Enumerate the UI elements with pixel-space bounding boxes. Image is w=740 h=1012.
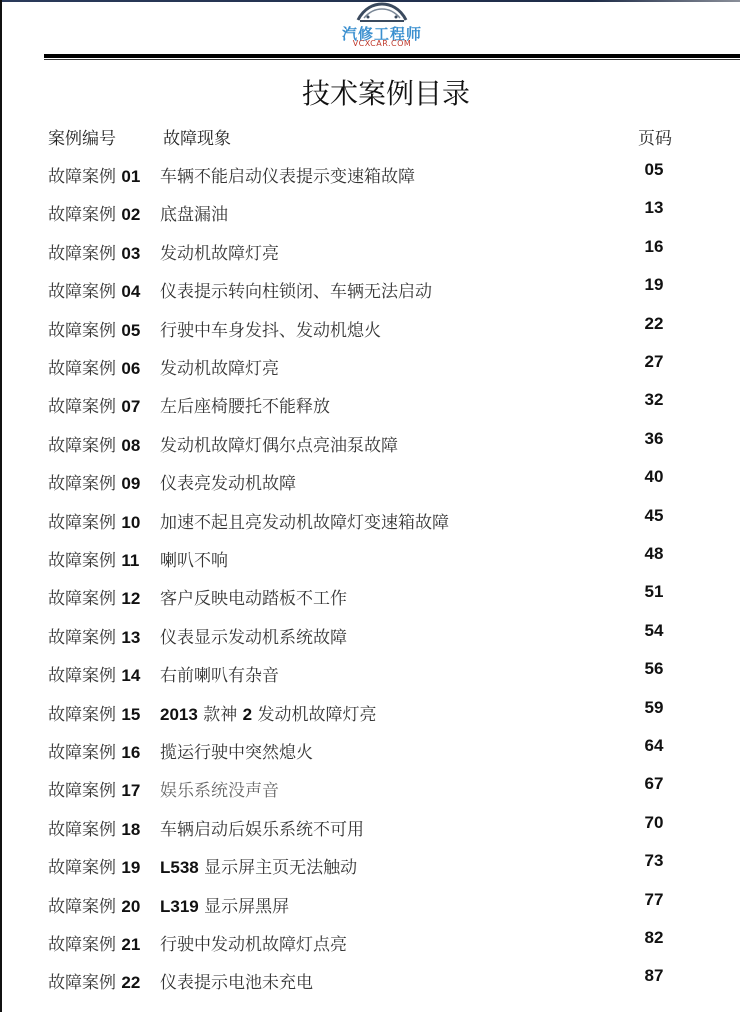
case-symptom: 娱乐系统没声音 xyxy=(160,776,279,801)
desc-text: 行驶中发动机故障灯点亮 xyxy=(160,935,347,955)
desc-bold: 2 xyxy=(243,705,252,724)
case-prefix: 故障案例 xyxy=(48,897,116,917)
case-number: 02 xyxy=(121,205,140,224)
case-number: 06 xyxy=(121,359,140,378)
page-number: 51 xyxy=(630,582,678,602)
page-number: 27 xyxy=(630,352,678,372)
case-number: 17 xyxy=(121,781,140,800)
case-prefix: 故障案例 xyxy=(48,359,116,379)
case-prefix: 故障案例 xyxy=(48,205,116,225)
desc-text: 仪表提示转向柱锁闭、车辆无法启动 xyxy=(160,282,432,302)
desc-text: 娱乐系统没声音 xyxy=(160,781,279,801)
case-prefix: 故障案例 xyxy=(48,474,116,494)
toc-entry[interactable]: 故障案例 13仪表显示发动机系统故障54 xyxy=(0,623,740,653)
case-prefix: 故障案例 xyxy=(48,935,116,955)
toc-entry[interactable]: 故障案例 11喇叭不响48 xyxy=(0,546,740,576)
case-number: 08 xyxy=(121,436,140,455)
page-number: 32 xyxy=(630,390,678,410)
toc-entry[interactable]: 故障案例 17娱乐系统没声音67 xyxy=(0,776,740,806)
toc-entry[interactable]: 故障案例 06发动机故障灯亮27 xyxy=(0,354,740,384)
case-number: 14 xyxy=(121,666,140,685)
toc-entry[interactable]: 故障案例 152013 款神 2 发动机故障灯亮59 xyxy=(0,700,740,730)
toc-entry[interactable]: 故障案例 12客户反映电动踏板不工作51 xyxy=(0,584,740,614)
desc-text: 车辆启动后娱乐系统不可用 xyxy=(160,820,364,840)
case-number: 16 xyxy=(121,743,140,762)
case-symptom: 加速不起且亮发动机故障灯变速箱故障 xyxy=(160,508,449,533)
header-rule-thick xyxy=(44,54,740,58)
toc-entry[interactable]: 故障案例 03发动机故障灯亮16 xyxy=(0,239,740,269)
case-id: 故障案例 05 xyxy=(48,316,140,341)
case-symptom: 发动机故障灯偶尔点亮油泵故障 xyxy=(160,431,398,456)
page-number: 87 xyxy=(630,966,678,986)
case-symptom: 揽运行驶中突然熄火 xyxy=(160,738,313,763)
toc-entry[interactable]: 故障案例 22仪表提示电池未充电87 xyxy=(0,968,740,998)
desc-text: 仪表显示发动机系统故障 xyxy=(160,628,347,648)
page-number: 82 xyxy=(630,928,678,948)
case-symptom: 行驶中发动机故障灯点亮 xyxy=(160,930,347,955)
column-header-symptom: 故障现象 xyxy=(163,124,231,149)
page-number: 70 xyxy=(630,813,678,833)
case-id: 故障案例 06 xyxy=(48,354,140,379)
case-prefix: 故障案例 xyxy=(48,436,116,456)
case-symptom: 喇叭不响 xyxy=(160,546,228,571)
case-symptom: 仪表提示电池未充电 xyxy=(160,968,313,993)
case-id: 故障案例 08 xyxy=(48,431,140,456)
case-id: 故障案例 12 xyxy=(48,584,140,609)
desc-text: 客户反映电动踏板不工作 xyxy=(160,589,347,609)
case-prefix: 故障案例 xyxy=(48,513,116,533)
logo-domain-text: VCXCAR.COM xyxy=(334,39,430,48)
case-symptom: L319 显示屏黑屏 xyxy=(160,892,289,917)
case-symptom: 仪表显示发动机系统故障 xyxy=(160,623,347,648)
case-symptom: 底盘漏油 xyxy=(160,200,228,225)
case-id: 故障案例 02 xyxy=(48,200,140,225)
case-prefix: 故障案例 xyxy=(48,321,116,341)
case-number: 04 xyxy=(121,282,140,301)
toc-entry[interactable]: 故障案例 14右前喇叭有杂音56 xyxy=(0,661,740,691)
case-number: 21 xyxy=(121,935,140,954)
case-number: 12 xyxy=(121,589,140,608)
column-header-page: 页码 xyxy=(638,124,672,149)
page-number: 45 xyxy=(630,506,678,526)
desc-text: 仪表亮发动机故障 xyxy=(160,474,296,494)
case-prefix: 故障案例 xyxy=(48,397,116,417)
desc-text: 行驶中车身发抖、发动机熄火 xyxy=(160,321,381,341)
desc-text: 车辆不能启动仪表提示变速箱故障 xyxy=(160,167,415,187)
page-number: 59 xyxy=(630,698,678,718)
toc-entry[interactable]: 故障案例 08发动机故障灯偶尔点亮油泵故障36 xyxy=(0,431,740,461)
case-id: 故障案例 19 xyxy=(48,853,140,878)
case-prefix: 故障案例 xyxy=(48,743,116,763)
case-number: 07 xyxy=(121,397,140,416)
case-prefix: 故障案例 xyxy=(48,973,116,993)
case-id: 故障案例 09 xyxy=(48,469,140,494)
case-symptom: L538 显示屏主页无法触动 xyxy=(160,853,357,878)
page-number: 54 xyxy=(630,621,678,641)
case-id: 故障案例 11 xyxy=(48,546,139,571)
desc-bold: L319 xyxy=(160,897,199,916)
brand-logo: 汽修工程师 VCXCAR.COM xyxy=(334,2,430,50)
toc-entry[interactable]: 故障案例 10加速不起且亮发动机故障灯变速箱故障45 xyxy=(0,508,740,538)
desc-text: 发动机故障灯偶尔点亮油泵故障 xyxy=(160,436,398,456)
case-id: 故障案例 03 xyxy=(48,239,140,264)
case-symptom: 车辆启动后娱乐系统不可用 xyxy=(160,815,364,840)
toc-entry[interactable]: 故障案例 01车辆不能启动仪表提示变速箱故障05 xyxy=(0,162,740,192)
case-id: 故障案例 17 xyxy=(48,776,140,801)
page-title: 技术案例目录 xyxy=(0,72,740,112)
case-id: 故障案例 10 xyxy=(48,508,140,533)
case-prefix: 故障案例 xyxy=(48,705,116,725)
desc-text: 揽运行驶中突然熄火 xyxy=(160,743,313,763)
case-number: 03 xyxy=(121,244,140,263)
case-symptom: 行驶中车身发抖、发动机熄火 xyxy=(160,316,381,341)
toc-entry[interactable]: 故障案例 18车辆启动后娱乐系统不可用70 xyxy=(0,815,740,845)
page-number: 77 xyxy=(630,890,678,910)
case-id: 故障案例 21 xyxy=(48,930,140,955)
case-number: 05 xyxy=(121,321,140,340)
case-number: 20 xyxy=(121,897,140,916)
case-id: 故障案例 14 xyxy=(48,661,140,686)
case-symptom: 车辆不能启动仪表提示变速箱故障 xyxy=(160,162,415,187)
case-symptom: 发动机故障灯亮 xyxy=(160,354,279,379)
page-number: 48 xyxy=(630,544,678,564)
case-id: 故障案例 16 xyxy=(48,738,140,763)
desc-text: 发动机故障灯亮 xyxy=(160,359,279,379)
page-number: 36 xyxy=(630,429,678,449)
page-number: 40 xyxy=(630,467,678,487)
page-number: 13 xyxy=(630,198,678,218)
page-number: 56 xyxy=(630,659,678,679)
desc-text: 显示屏主页无法触动 xyxy=(199,858,357,878)
page-number: 22 xyxy=(630,314,678,334)
toc-entry[interactable]: 故障案例 05行驶中车身发抖、发动机熄火22 xyxy=(0,316,740,346)
toc-entry[interactable]: 故障案例 19L538 显示屏主页无法触动73 xyxy=(0,853,740,883)
toc-entry[interactable]: 故障案例 02底盘漏油13 xyxy=(0,200,740,230)
page-number: 16 xyxy=(630,237,678,257)
page-number: 73 xyxy=(630,851,678,871)
case-number: 13 xyxy=(121,628,140,647)
desc-text: 右前喇叭有杂音 xyxy=(160,666,279,686)
case-number: 19 xyxy=(121,858,140,877)
case-id: 故障案例 15 xyxy=(48,700,140,725)
toc-entry[interactable]: 故障案例 04仪表提示转向柱锁闭、车辆无法启动19 xyxy=(0,277,740,307)
case-number: 01 xyxy=(121,167,140,186)
case-number: 18 xyxy=(121,820,140,839)
case-prefix: 故障案例 xyxy=(48,282,116,302)
case-prefix: 故障案例 xyxy=(48,628,116,648)
page-number: 67 xyxy=(630,774,678,794)
case-number: 11 xyxy=(121,551,139,570)
page-number: 05 xyxy=(630,160,678,180)
header-rule-thin xyxy=(44,59,740,60)
case-symptom: 仪表提示转向柱锁闭、车辆无法启动 xyxy=(160,277,432,302)
case-symptom: 仪表亮发动机故障 xyxy=(160,469,296,494)
case-symptom: 左后座椅腰托不能释放 xyxy=(160,392,330,417)
toc-entry[interactable]: 故障案例 20L319 显示屏黑屏77 xyxy=(0,892,740,922)
car-icon xyxy=(354,2,410,24)
case-symptom: 右前喇叭有杂音 xyxy=(160,661,279,686)
desc-text: 发动机故障灯亮 xyxy=(252,705,376,725)
toc-entry[interactable]: 故障案例 09仪表亮发动机故障40 xyxy=(0,469,740,499)
case-number: 10 xyxy=(121,513,140,532)
toc-entry[interactable]: 故障案例 07左后座椅腰托不能释放32 xyxy=(0,392,740,422)
toc-entry[interactable]: 故障案例 16揽运行驶中突然熄火64 xyxy=(0,738,740,768)
case-symptom: 发动机故障灯亮 xyxy=(160,239,279,264)
case-number: 09 xyxy=(121,474,140,493)
case-prefix: 故障案例 xyxy=(48,781,116,801)
case-symptom: 客户反映电动踏板不工作 xyxy=(160,584,347,609)
desc-text: 加速不起且亮发动机故障灯变速箱故障 xyxy=(160,513,449,533)
case-prefix: 故障案例 xyxy=(48,820,116,840)
desc-text: 左后座椅腰托不能释放 xyxy=(160,397,330,417)
case-id: 故障案例 04 xyxy=(48,277,140,302)
case-prefix: 故障案例 xyxy=(48,167,116,187)
page-number: 64 xyxy=(630,736,678,756)
case-number: 15 xyxy=(121,705,140,724)
desc-text: 喇叭不响 xyxy=(160,551,228,571)
desc-text: 发动机故障灯亮 xyxy=(160,244,279,264)
case-id: 故障案例 18 xyxy=(48,815,140,840)
case-id: 故障案例 01 xyxy=(48,162,140,187)
case-prefix: 故障案例 xyxy=(48,244,116,264)
page-number: 19 xyxy=(630,275,678,295)
column-header-case-no: 案例编号 xyxy=(48,124,116,149)
case-prefix: 故障案例 xyxy=(48,589,116,609)
case-id: 故障案例 20 xyxy=(48,892,140,917)
case-id: 故障案例 22 xyxy=(48,968,140,993)
desc-text: 底盘漏油 xyxy=(160,205,228,225)
case-id: 故障案例 13 xyxy=(48,623,140,648)
desc-text: 显示屏黑屏 xyxy=(199,897,289,917)
desc-bold: 2013 xyxy=(160,705,198,724)
case-prefix: 故障案例 xyxy=(48,858,116,878)
desc-text: 仪表提示电池未充电 xyxy=(160,973,313,993)
case-prefix: 故障案例 xyxy=(48,666,116,686)
case-number: 22 xyxy=(121,973,140,992)
case-id: 故障案例 07 xyxy=(48,392,140,417)
desc-bold: L538 xyxy=(160,858,199,877)
desc-text: 款神 xyxy=(198,705,243,725)
toc-entry[interactable]: 故障案例 21行驶中发动机故障灯点亮82 xyxy=(0,930,740,960)
case-prefix: 故障案例 xyxy=(48,551,116,571)
case-symptom: 2013 款神 2 发动机故障灯亮 xyxy=(160,700,377,725)
